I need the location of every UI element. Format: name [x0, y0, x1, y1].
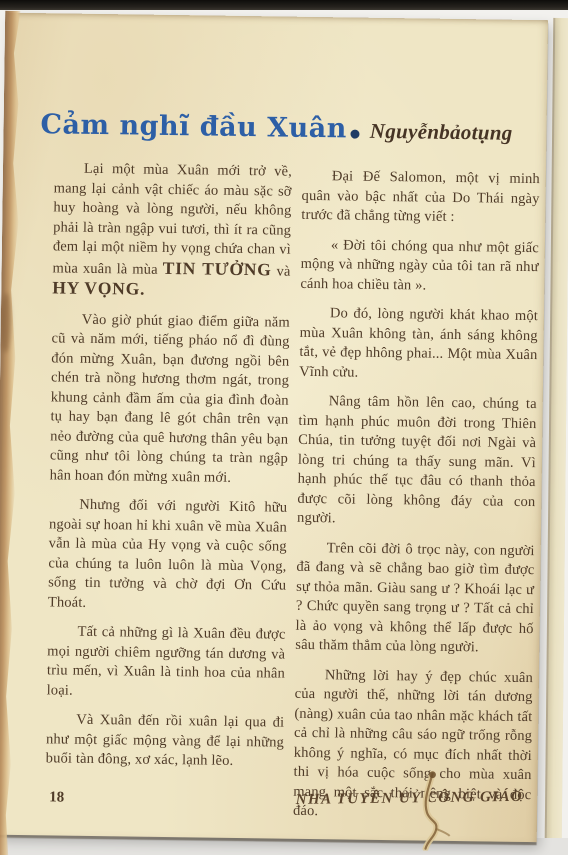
paragraph: Và Xuân đến rồi xuân lại qua đi như một …: [46, 710, 285, 772]
paragraph-text: và: [272, 263, 291, 279]
paragraph: Nhưng đối với người Kitô hữu ngoài sự ho…: [48, 495, 288, 615]
emphasis-hy-vong: HY VỌNG.: [52, 277, 145, 298]
title-row: Cảm nghĩ đầu Xuân Nguyễnbảotụng: [6, 109, 546, 148]
paragraph: Vào giờ phút giao điểm giữa năm cũ và nă…: [50, 310, 290, 489]
column-left: Lại một mùa Xuân mới trở về, mang lại cả…: [45, 159, 292, 782]
scanner-band: [0, 0, 568, 10]
column-right: Đại Đế Salomon, một vị minh quân vào bậc…: [293, 167, 540, 835]
article-title: Cảm nghĩ đầu Xuân: [40, 109, 347, 144]
emphasis-tin-tuong: TIN TƯỞNG: [163, 257, 272, 279]
article-author: Nguyễnbảotụng: [370, 119, 513, 146]
paragraph: Lại một mùa Xuân mới trở về, mang lại cả…: [52, 159, 292, 303]
book-page: Cảm nghĩ đầu Xuân Nguyễnbảotụng Lại một …: [0, 13, 548, 842]
adjacent-page-edge: [545, 18, 568, 840]
paper-tear: [404, 770, 453, 851]
paragraph: Do đó, lòng người khát khao một mùa Xuân…: [299, 304, 538, 385]
paragraph: « Đời tôi chóng qua như một giấc mộng và…: [300, 235, 539, 297]
ink-dot-icon: [351, 130, 360, 139]
paragraph: Tất cả những gì là Xuân đều được mọi ngư…: [47, 622, 286, 703]
paragraph: Đại Đế Salomon, một vị minh quân vào bậc…: [301, 167, 540, 229]
paragraph: Nâng tâm hồn lên cao, chúng ta tìm hạnh …: [297, 392, 537, 532]
paragraph: Trên cõi đời ô trọc này, con người đã đa…: [295, 538, 535, 658]
page-number: 18: [49, 789, 64, 806]
